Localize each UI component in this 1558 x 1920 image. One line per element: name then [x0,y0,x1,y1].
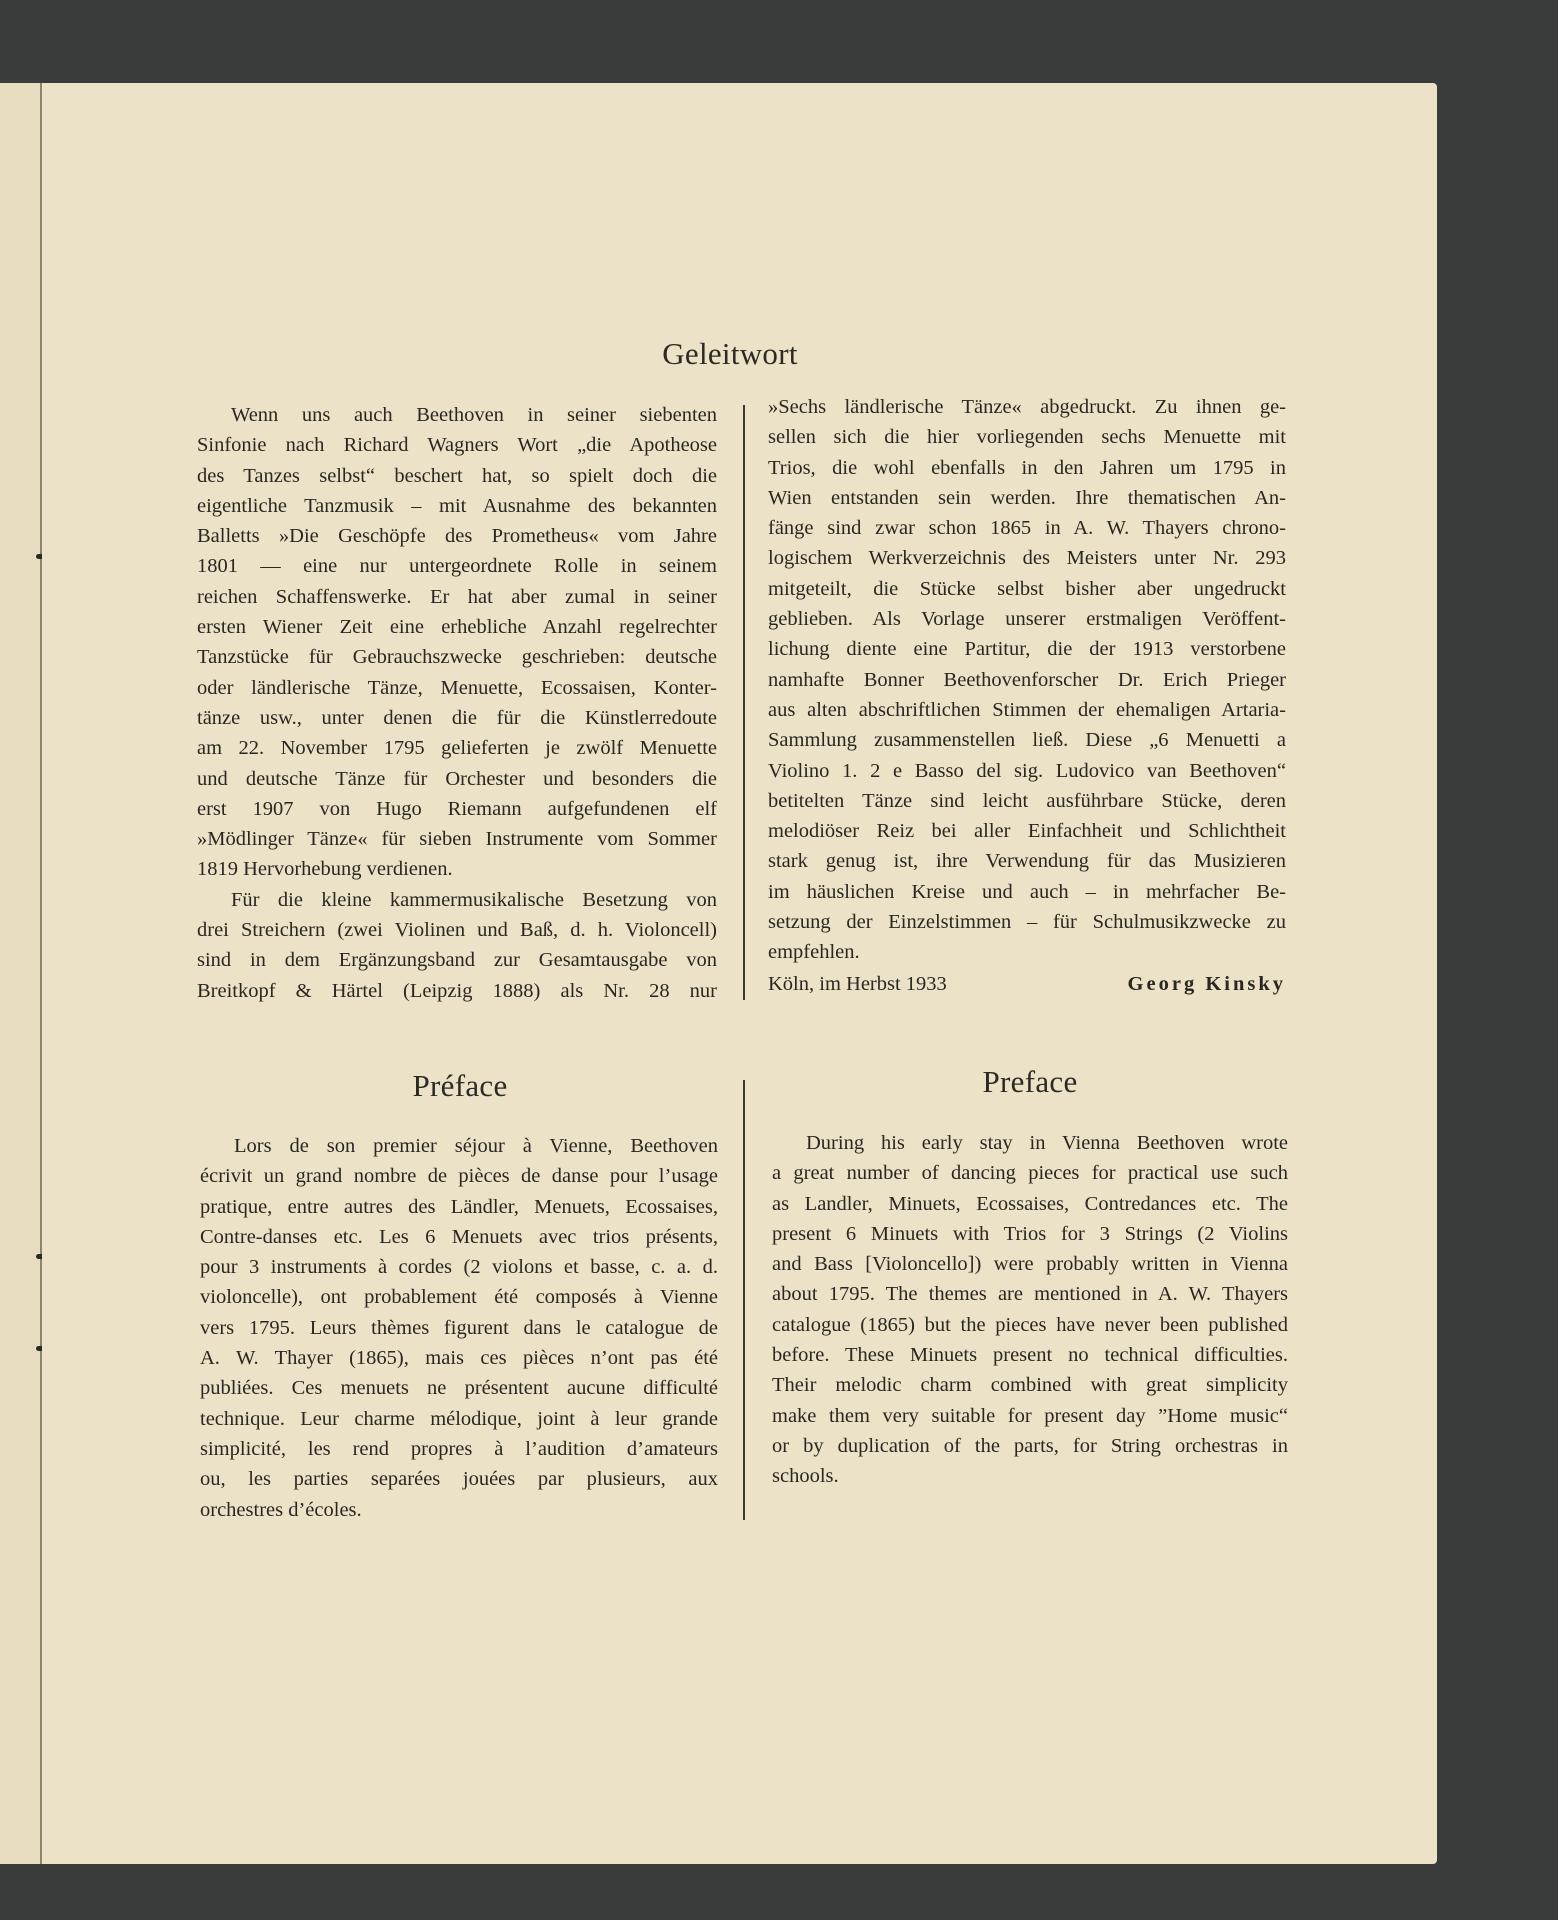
text-line: a great number of dancing pieces for pra… [772,1158,1288,1188]
text-line: Sinfonie nach Richard Wagners Wort „die … [197,430,717,460]
text-line: drei Streichern (zwei Violinen und Baß, … [197,915,717,945]
author-name: Georg Kinsky [1128,969,1286,999]
text-line: setzung der Einzelstimmen – für Schulmus… [768,907,1286,937]
text-line: sellen sich die hier vorliegenden sechs … [768,422,1286,452]
text-line: Their melodic charm combined with great … [772,1370,1288,1400]
text-line: ou, les parties separées jouées par plus… [200,1464,718,1494]
text-line: vers 1795. Leurs thèmes figurent dans le… [200,1313,718,1343]
english-column: During his early stay in Vienna Beethove… [772,1128,1288,1492]
text-line: sind in dem Ergänzungsband zur Gesamtaus… [197,945,717,975]
text-line: melodiöser Reiz bei aller Einfachheit un… [768,816,1286,846]
text-line: Violino 1. 2 e Basso del sig. Ludovico v… [768,756,1286,786]
text-line: und deutsche Tänze für Orchester und bes… [197,764,717,794]
signature-line: Köln, im Herbst 1933 Georg Kinsky [768,969,1286,999]
text-line: make them very suitable for present day … [772,1401,1288,1431]
text-line: »Mödlinger Tänze« für sieben Instrumente… [197,824,717,854]
text-line: erst 1907 von Hugo Riemann aufgefundenen… [197,794,717,824]
text-line: publiées. Ces menuets ne présentent aucu… [200,1373,718,1403]
text-line: lichung diente eine Partitur, die der 19… [768,634,1286,664]
text-line: Lors de son premier séjour à Vienne, Bee… [200,1131,718,1161]
text-line: before. These Minuets present no technic… [772,1340,1288,1370]
text-line: violoncelle), ont probablement été compo… [200,1282,718,1312]
text-line: A. W. Thayer (1865), mais ces pièces n’o… [200,1343,718,1373]
text-line: am 22. November 1795 gelieferten je zwöl… [197,733,717,763]
text-line: Breitkopf & Härtel (Leipzig 1888) als Nr… [197,976,717,1006]
text-line: des Tanzes selbst“ beschert hat, so spie… [197,461,717,491]
text-line: technique. Leur charme mélodique, joint … [200,1404,718,1434]
text-line: stark genug ist, ihre Verwendung für das… [768,846,1286,876]
text-line: écrivit un grand nombre de pièces de dan… [200,1161,718,1191]
text-line: pratique, entre autres des Ländler, Menu… [200,1192,718,1222]
text-line: reichen Schaffenswerke. Er hat aber zuma… [197,582,717,612]
text-line: Balletts »Die Geschöpfe des Prometheus« … [197,521,717,551]
text-line: Wenn uns auch Beethoven in seiner sieben… [197,400,717,430]
text-line: Wien entstanden sein werden. Ihre themat… [768,483,1286,513]
text-line: and Bass [Violoncello]) were probably wr… [772,1249,1288,1279]
text-line: im häuslichen Kreise und auch – in mehrf… [768,877,1286,907]
text-line: about 1795. The themes are mentioned in … [772,1279,1288,1309]
german-heading: Geleitwort [600,336,860,372]
text-line: present 6 Minuets with Trios for 3 Strin… [772,1219,1288,1249]
text-line: Trios, die wohl ebenfalls in den Jahren … [768,453,1286,483]
text-line: »Sechs ländlerische Tänze« abgedruckt. Z… [768,392,1286,422]
text-line: fänge sind zwar schon 1865 in A. W. Thay… [768,513,1286,543]
text-line: betitelten Tänze sind leicht ausführbare… [768,786,1286,816]
text-line: orchestres d’écoles. [200,1495,718,1525]
german-right-column: »Sechs ländlerische Tänze« abgedruckt. Z… [768,392,1286,968]
text-line: simplicité, les rend propres à l’auditio… [200,1434,718,1464]
french-heading: Préface [330,1068,590,1104]
place-date: Köln, im Herbst 1933 [768,969,947,999]
text-line: Sammlung zusammenstellen ließ. Diese „6 … [768,725,1286,755]
german-left-column: Wenn uns auch Beethoven in seiner sieben… [197,400,717,1006]
text-line: as Landler, Minuets, Ecossaises, Contred… [772,1189,1288,1219]
text-line: geblieben. Als Vorlage unserer erstmalig… [768,604,1286,634]
text-line: oder ländlerische Tänze, Menuette, Ecoss… [197,673,717,703]
text-line: mitgeteilt, die Stücke selbst bisher abe… [768,574,1286,604]
text-line: 1819 Hervorhebung verdienen. [197,854,717,884]
text-line: or by duplication of the parts, for Stri… [772,1431,1288,1461]
text-line: During his early stay in Vienna Beethove… [772,1128,1288,1158]
column-divider-lower [743,1080,745,1520]
text-line: eigentliche Tanzmusik – mit Ausnahme des… [197,491,717,521]
column-divider [743,405,745,1000]
text-line: pour 3 instruments à cordes (2 violons e… [200,1252,718,1282]
text-line: empfehlen. [768,937,1286,967]
text-line: aus alten abschriftlichen Stimmen der eh… [768,695,1286,725]
text-line: 1801 — eine nur untergeordnete Rolle in … [197,551,717,581]
french-column: Lors de son premier séjour à Vienne, Bee… [200,1131,718,1525]
text-line: Für die kleine kammermusikalische Besetz… [197,885,717,915]
text-line: Tanzstücke für Gebrauchszwecke geschrieb… [197,642,717,672]
text-line: logischem Werkverzeichnis des Meisters u… [768,543,1286,573]
text-line: Contre-danses etc. Les 6 Menuets avec tr… [200,1222,718,1252]
english-heading: Preface [900,1064,1160,1100]
text-line: catalogue (1865) but the pieces have nev… [772,1310,1288,1340]
text-line: tänze usw., unter denen die für die Küns… [197,703,717,733]
text-line: ersten Wiener Zeit eine erhebliche Anzah… [197,612,717,642]
text-line: schools. [772,1461,1288,1491]
previous-page-edge [0,83,42,1864]
text-line: namhafte Bonner Beethovenforscher Dr. Er… [768,665,1286,695]
